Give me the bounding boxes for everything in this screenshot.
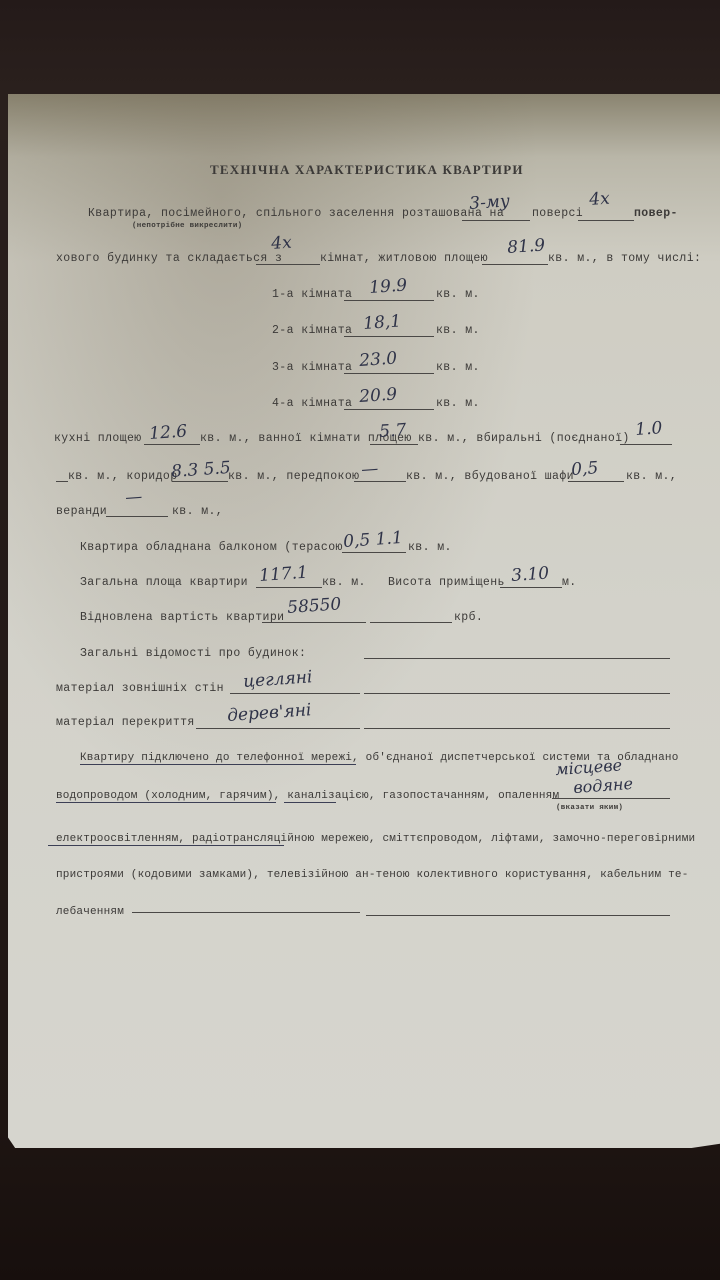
utilities-line-4: пристроями (кодовими замками), телевізій… (56, 869, 689, 881)
closet-unit: кв. м., (626, 470, 677, 483)
room-2-label: 2-а кімната (272, 324, 352, 337)
water-underline (56, 802, 276, 803)
ceiling-material-underline (196, 728, 360, 729)
floors-underline (578, 220, 634, 221)
total-area-unit: кв. м. (322, 576, 366, 589)
building-info-header: Загальні відомості про будинок: (80, 647, 306, 660)
apartment-location-label: Квартира, посімейного, спільного заселен… (88, 207, 504, 220)
document-title: ТЕХНІЧНА ХАРАКТЕРИСТИКА КВАРТИРИ (210, 162, 524, 178)
electric-underline (48, 845, 284, 846)
total-area-label: Загальна площа квартири (80, 576, 248, 589)
living-area-value: 81.9 (507, 235, 546, 258)
phone-underline (80, 764, 356, 765)
walls-underline (230, 693, 360, 694)
room-3-unit: кв. м. (436, 361, 480, 374)
rooms-count-underline (256, 264, 320, 265)
closet-underline (568, 481, 624, 482)
hall-underline (354, 481, 406, 482)
bath-underline (370, 444, 418, 445)
room-1-value: 19.9 (369, 275, 408, 298)
walls-label: матеріал зовнішніх стін (56, 682, 224, 695)
corridor-label: кв. м., коридор (68, 470, 178, 483)
closet-label: кв. м., вбудованої шафи (406, 470, 574, 483)
heating-underline (552, 798, 670, 799)
room-1-label: 1-а кімната (272, 288, 352, 301)
room-3-value: 23.0 (359, 348, 398, 371)
ceiling-height-unit: м. (562, 576, 577, 589)
hall-value: — (361, 459, 379, 480)
cable-tv-underline-2 (366, 915, 670, 916)
room-2-underline (344, 336, 434, 337)
living-area-suffix: кв. м., в тому числі: (548, 252, 701, 265)
room-1-unit: кв. м. (436, 288, 480, 301)
ceiling-height-label: Висота приміщень (388, 576, 505, 589)
kitchen-underline (144, 444, 200, 445)
cost-underline-2 (370, 622, 452, 623)
strike-note: (непотрібне викреслити) (132, 222, 242, 230)
cost-underline-1 (262, 622, 366, 623)
total-area-value: 117.1 (259, 563, 309, 586)
balcony-unit: кв. м. (408, 541, 452, 554)
ceiling-material-label: матеріал перекриття (56, 716, 195, 729)
corridor-value: 8.3 5.5 (171, 458, 232, 482)
floors-suffix: повер- (634, 207, 678, 220)
heating-note: (вказати яким) (556, 804, 623, 812)
toilet-label: кв. м., вбиральні (поєднаної) (418, 432, 630, 445)
toilet-unit-underline (56, 481, 68, 482)
ceiling-height-value: 3.10 (511, 563, 550, 586)
cost-label: Відновлена вартість квартири (80, 611, 284, 624)
room-1-underline (344, 300, 434, 301)
kitchen-value: 12.6 (149, 421, 188, 444)
veranda-underline (106, 516, 168, 517)
veranda-unit: кв. м., (172, 505, 223, 518)
building-info-underline (364, 658, 670, 659)
hall-label: кв. м., передпокою (228, 470, 359, 483)
bath-value: 5.7 (379, 420, 407, 442)
ceiling-height-underline (500, 587, 562, 588)
sewer-underline (284, 802, 336, 803)
balcony-underline (342, 552, 406, 553)
total-area-underline (256, 587, 322, 588)
floors-value: 4х (589, 189, 611, 210)
toilet-value: 1.0 (635, 418, 663, 440)
room-3-underline (344, 373, 434, 374)
closet-value: 0,5 (571, 458, 599, 480)
veranda-value: — (125, 487, 143, 508)
utilities-line-5: лебаченням (56, 906, 124, 918)
floor-underline (462, 220, 530, 221)
room-2-value: 18,1 (363, 311, 402, 334)
room-4-underline (344, 409, 434, 410)
living-area-label: кімнат, житловою площею (320, 252, 488, 265)
cable-tv-underline-1 (132, 912, 360, 913)
cost-unit: крб. (454, 611, 483, 624)
room-2-unit: кв. м. (436, 324, 480, 337)
room-4-label: 4-а кімната (272, 397, 352, 410)
balcony-label: Квартира обладнана балконом (терасою (80, 541, 343, 554)
room-4-unit: кв. м. (436, 397, 480, 410)
kitchen-label: кухні площею (54, 432, 142, 445)
rooms-count-label: хового будинку та складається з (56, 252, 282, 265)
floor-value: 3-му (469, 191, 511, 214)
veranda-label: веранди (56, 505, 107, 518)
floor-label: поверсі (532, 207, 583, 220)
room-4-value: 20.9 (359, 384, 398, 407)
living-area-underline (482, 264, 548, 265)
walls-underline-2 (364, 693, 670, 694)
balcony-value: 0,5 1.1 (343, 528, 404, 552)
cost-value: 58550 (287, 594, 342, 618)
room-3-label: 3-а кімната (272, 361, 352, 374)
utilities-line-2: водопроводом (холодним, гарячим), каналі… (56, 790, 559, 802)
ceiling-material-underline-2 (364, 728, 670, 729)
utilities-line-3: електроосвітленням, радіотрансляційною м… (56, 833, 695, 845)
rooms-count-value: 4х (271, 233, 293, 254)
toilet-underline (620, 444, 672, 445)
